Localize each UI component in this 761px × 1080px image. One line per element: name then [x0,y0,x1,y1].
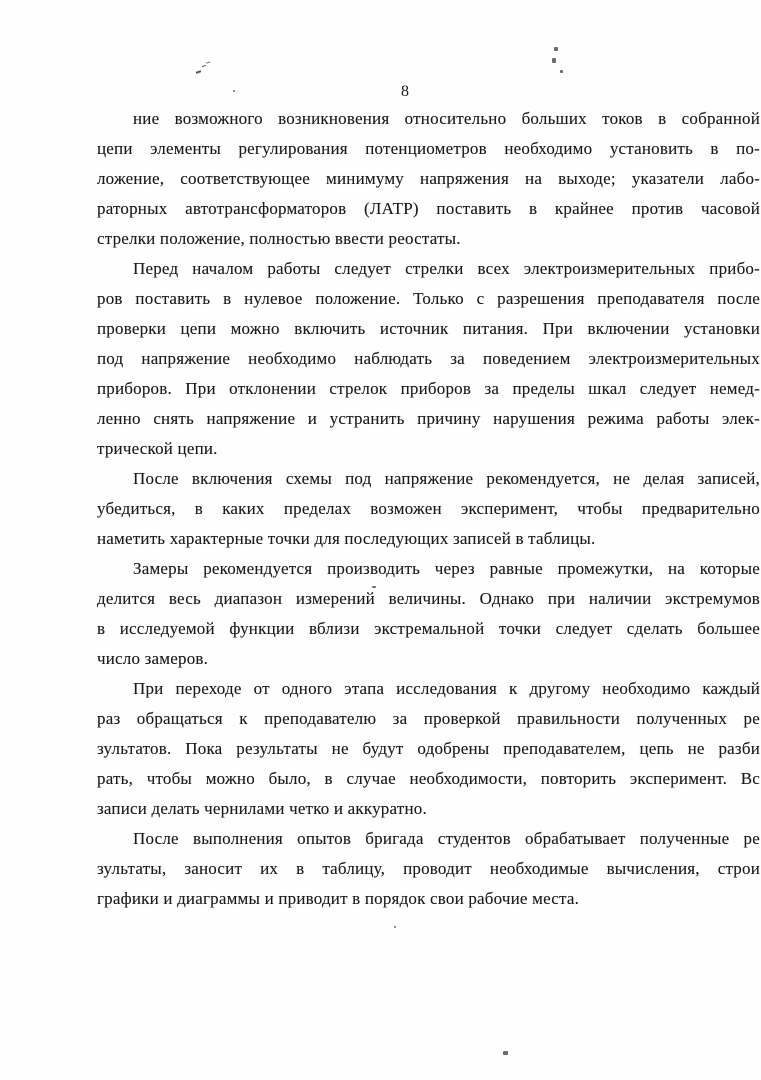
paragraph: После включения схемы под напряжение рек… [97,464,760,554]
pen-mark [196,70,201,73]
text-line: наметить характерные точки для последующ… [97,524,760,554]
scan-speck [503,1051,508,1055]
text-line: ложение, соответствующее минимуму напряж… [97,164,760,194]
paragraph: Перед началом работы следует стрелки все… [97,254,760,464]
page-text: ние возможного возникновения относительн… [97,104,760,914]
paragraph: ние возможного возникновения относительн… [97,104,760,254]
paragraph: Замеры рекомендуется производить через р… [97,554,760,674]
scan-speck [394,926,396,928]
text-line: После выполнения опытов бригада студенто… [97,824,760,854]
text-line: проверки цепи можно включить источник пи… [97,314,760,344]
text-line: в исследуемой функции вблизи экстремальн… [97,614,760,644]
page-number: 8 [0,83,761,101]
text-line: цепи элементы регулирования потенциометр… [97,134,760,164]
text-line: графики и диаграммы и приводит в порядок… [97,884,760,914]
text-line: приборов. При отклонении стрелок приборо… [97,374,760,404]
scan-speck [560,70,563,73]
text-line: Замеры рекомендуется производить через р… [97,554,760,584]
scanned-page: 8 ние возможного возникновения относител… [0,0,761,1080]
text-line: раторных автотрансформаторов (ЛАТР) пост… [97,194,760,224]
text-line: под напряжение необходимо наблюдать за п… [97,344,760,374]
scan-speck [552,58,556,63]
paragraph: После выполнения опытов бригада студенто… [97,824,760,914]
text-line: зультаты, заносит их в таблицу, проводит… [97,854,760,884]
text-line: делится весь диапазон измерений величины… [97,584,760,614]
text-line: трической цепи. [97,434,760,464]
text-line: зультатов. Пока результаты не будут одоб… [97,734,760,764]
text-line: ленно снять напряжение и устранить причи… [97,404,760,434]
text-line: стрелки положение, полностью ввести реос… [97,224,760,254]
text-line: число замеров. [97,644,760,674]
paragraph: При переходе от одного этапа исследовани… [97,674,760,824]
text-line: раз обращаться к преподавателю за провер… [97,704,760,734]
text-line: При переходе от одного этапа исследовани… [97,674,760,704]
text-line: После включения схемы под напряжение рек… [97,464,760,494]
text-line: убедиться, в каких пределах возможен экс… [97,494,760,524]
text-line: ров поставить в нулевое положение. Тольк… [97,284,760,314]
text-line: Перед началом работы следует стрелки все… [97,254,760,284]
text-line: рать, чтобы можно было, в случае необход… [97,764,760,794]
text-line: записи делать чернилами четко и аккуратн… [97,794,760,824]
scan-speck [554,47,558,51]
text-line: ние возможного возникновения относительн… [97,104,760,134]
